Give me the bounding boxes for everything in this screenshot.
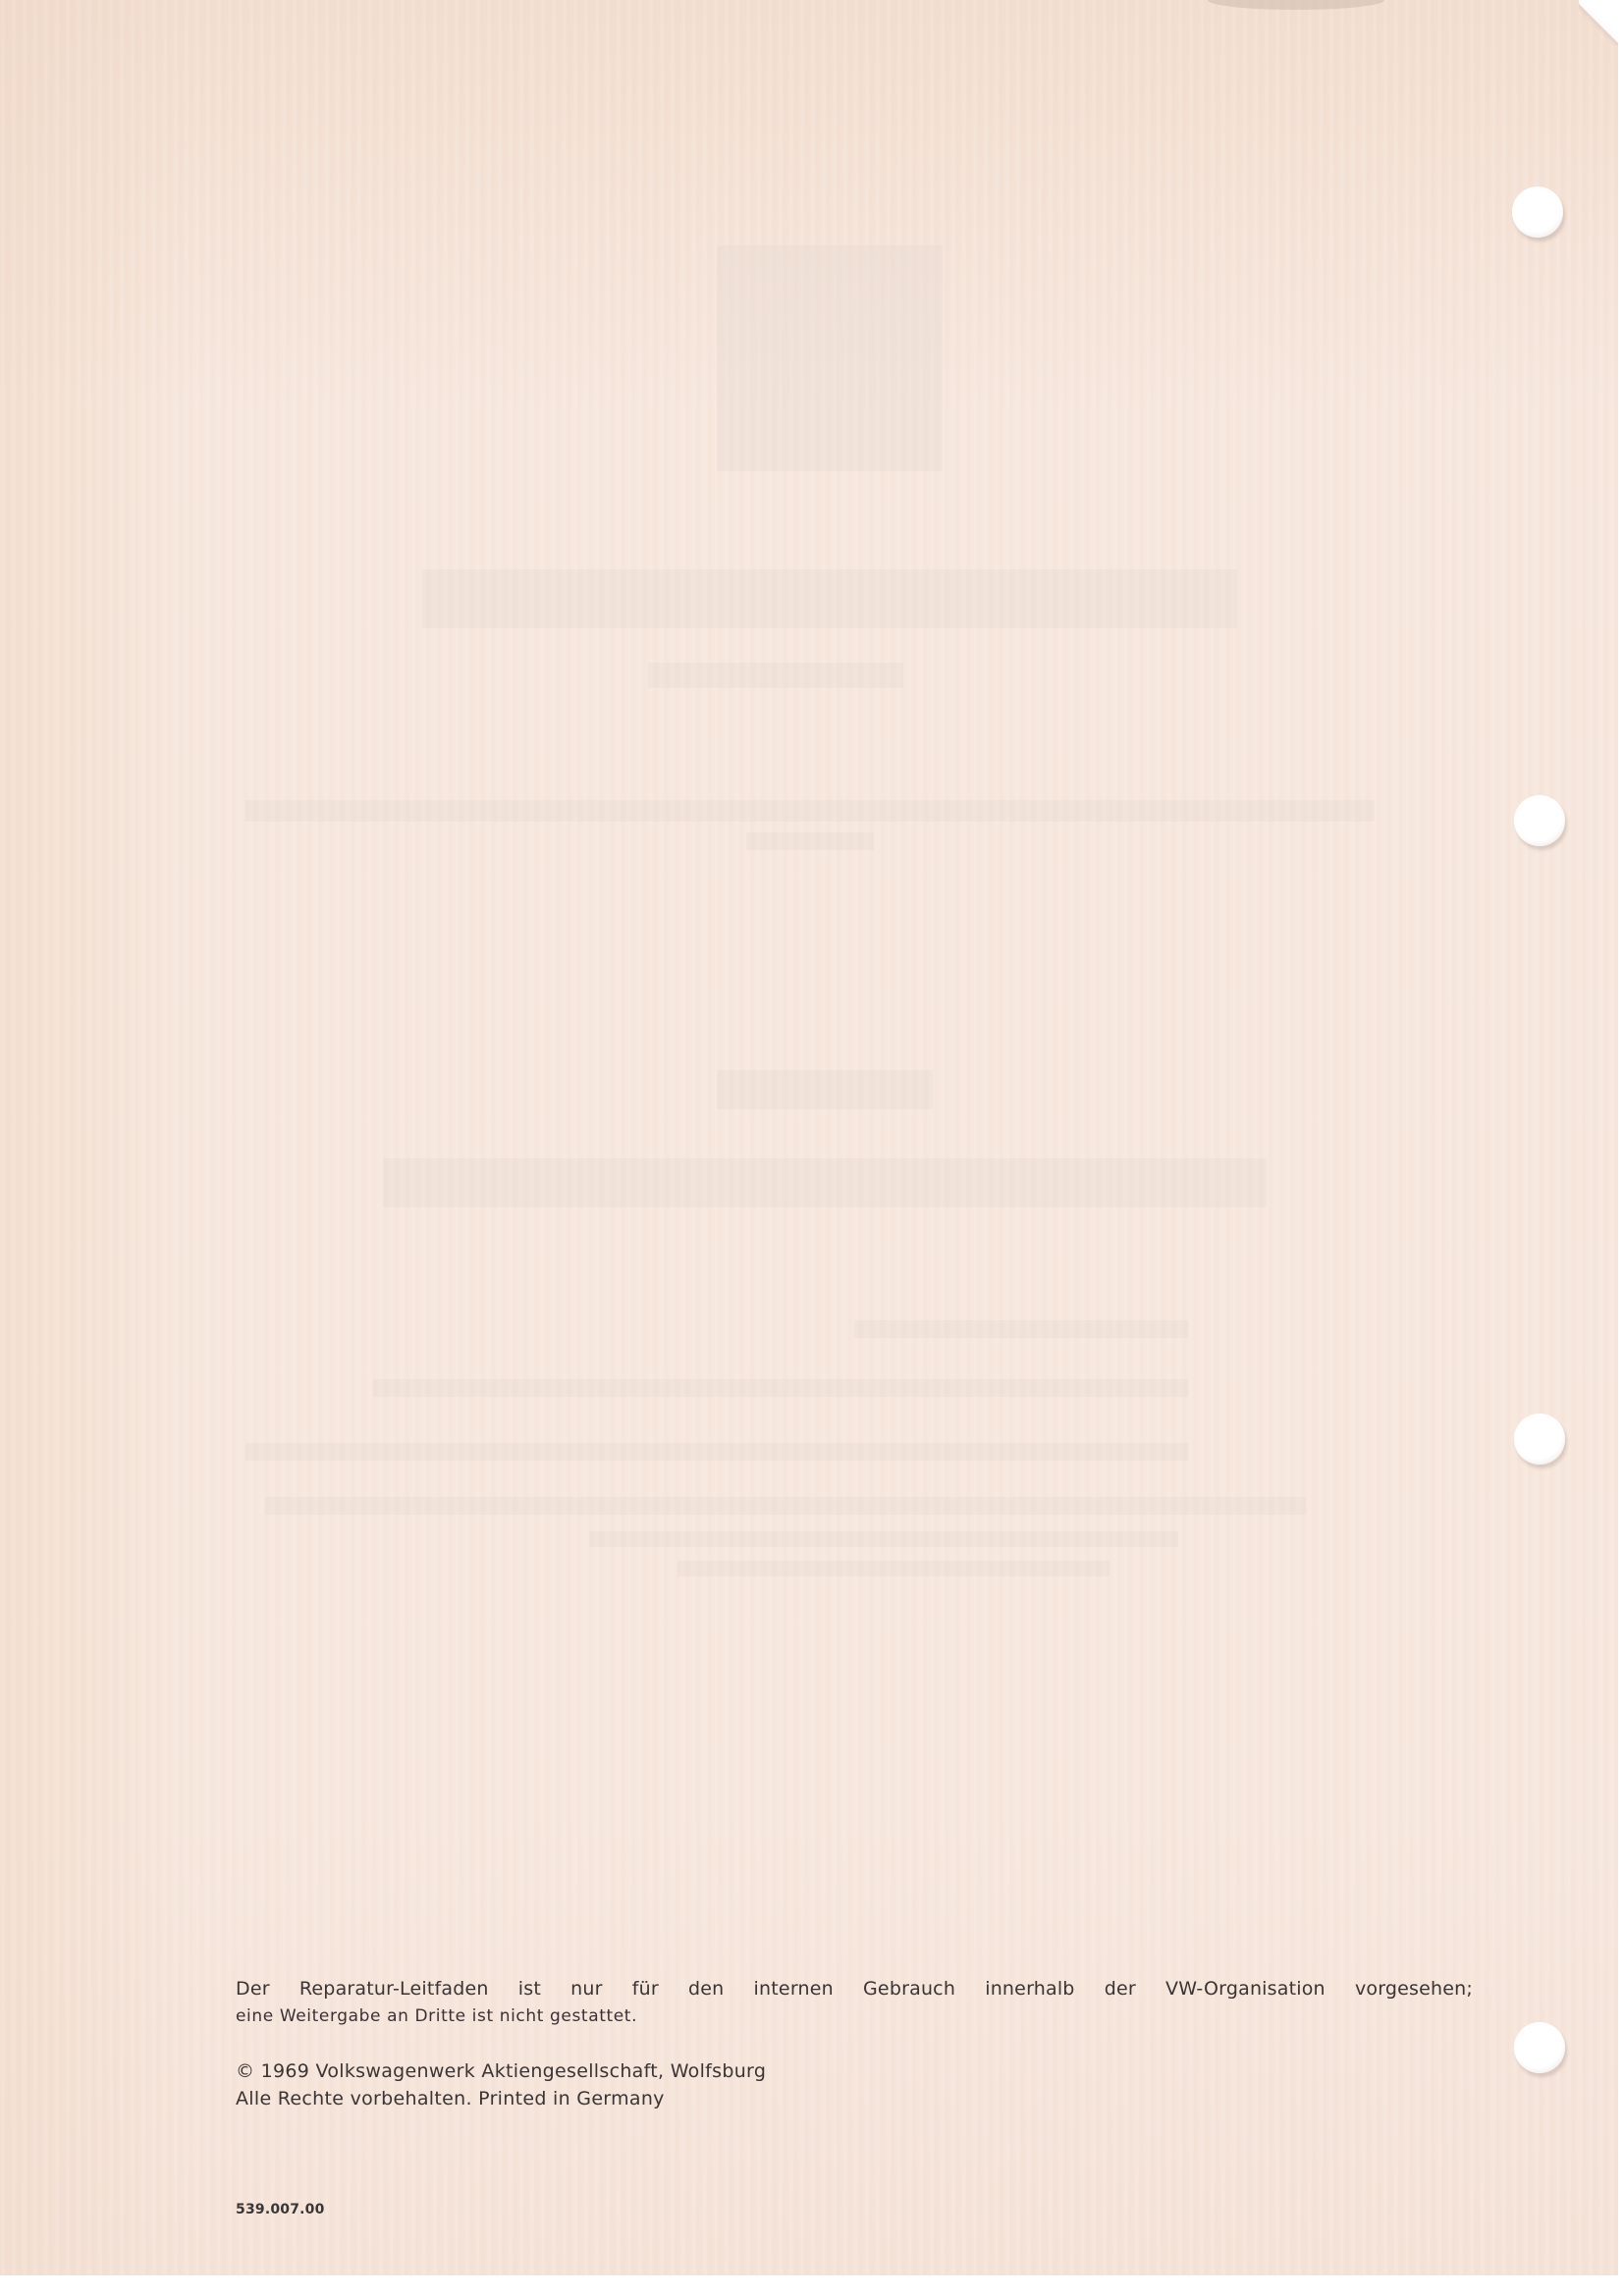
copyright-line-2: Alle Rechte vorbehalten. Printed in Germ… bbox=[236, 2085, 766, 2112]
paper-page: Der Reparatur-Leitfaden ist nur für den … bbox=[0, 0, 1618, 2275]
usage-notice-line-1: Der Reparatur-Leitfaden ist nur für den … bbox=[236, 1975, 1473, 2002]
usage-notice-line-2: eine Weitergabe an Dritte ist nicht gest… bbox=[236, 2002, 1473, 2030]
copyright-line-1: © 1969 Volkswagenwerk Aktiengesellschaft… bbox=[236, 2057, 766, 2085]
punch-hole bbox=[1514, 795, 1565, 846]
punch-hole bbox=[1514, 2022, 1565, 2073]
punch-hole bbox=[1514, 1414, 1565, 1465]
torn-corner bbox=[1579, 0, 1618, 45]
bleed-through-heading bbox=[383, 1158, 1267, 1207]
bleed-through-line bbox=[265, 1497, 1306, 1515]
bleed-through-line bbox=[746, 832, 874, 850]
corner-fold-shadow bbox=[1208, 0, 1384, 10]
bleed-through-line bbox=[677, 1561, 1110, 1576]
bleed-through-subtitle bbox=[648, 663, 903, 688]
bleed-through-heading bbox=[717, 1070, 933, 1109]
bleed-through-logo bbox=[717, 245, 943, 471]
bleed-through-line bbox=[373, 1379, 1188, 1397]
punch-hole bbox=[1512, 187, 1563, 238]
document-number: 539.007.00 bbox=[236, 2202, 325, 2217]
copyright-block: © 1969 Volkswagenwerk Aktiengesellschaft… bbox=[236, 2057, 766, 2112]
bleed-through-line bbox=[854, 1320, 1188, 1338]
bleed-through-line bbox=[589, 1531, 1178, 1547]
usage-notice: Der Reparatur-Leitfaden ist nur für den … bbox=[236, 1975, 1473, 2030]
bleed-through-line bbox=[245, 800, 1375, 822]
bleed-through-title bbox=[422, 569, 1237, 628]
bleed-through-line bbox=[245, 1443, 1188, 1461]
